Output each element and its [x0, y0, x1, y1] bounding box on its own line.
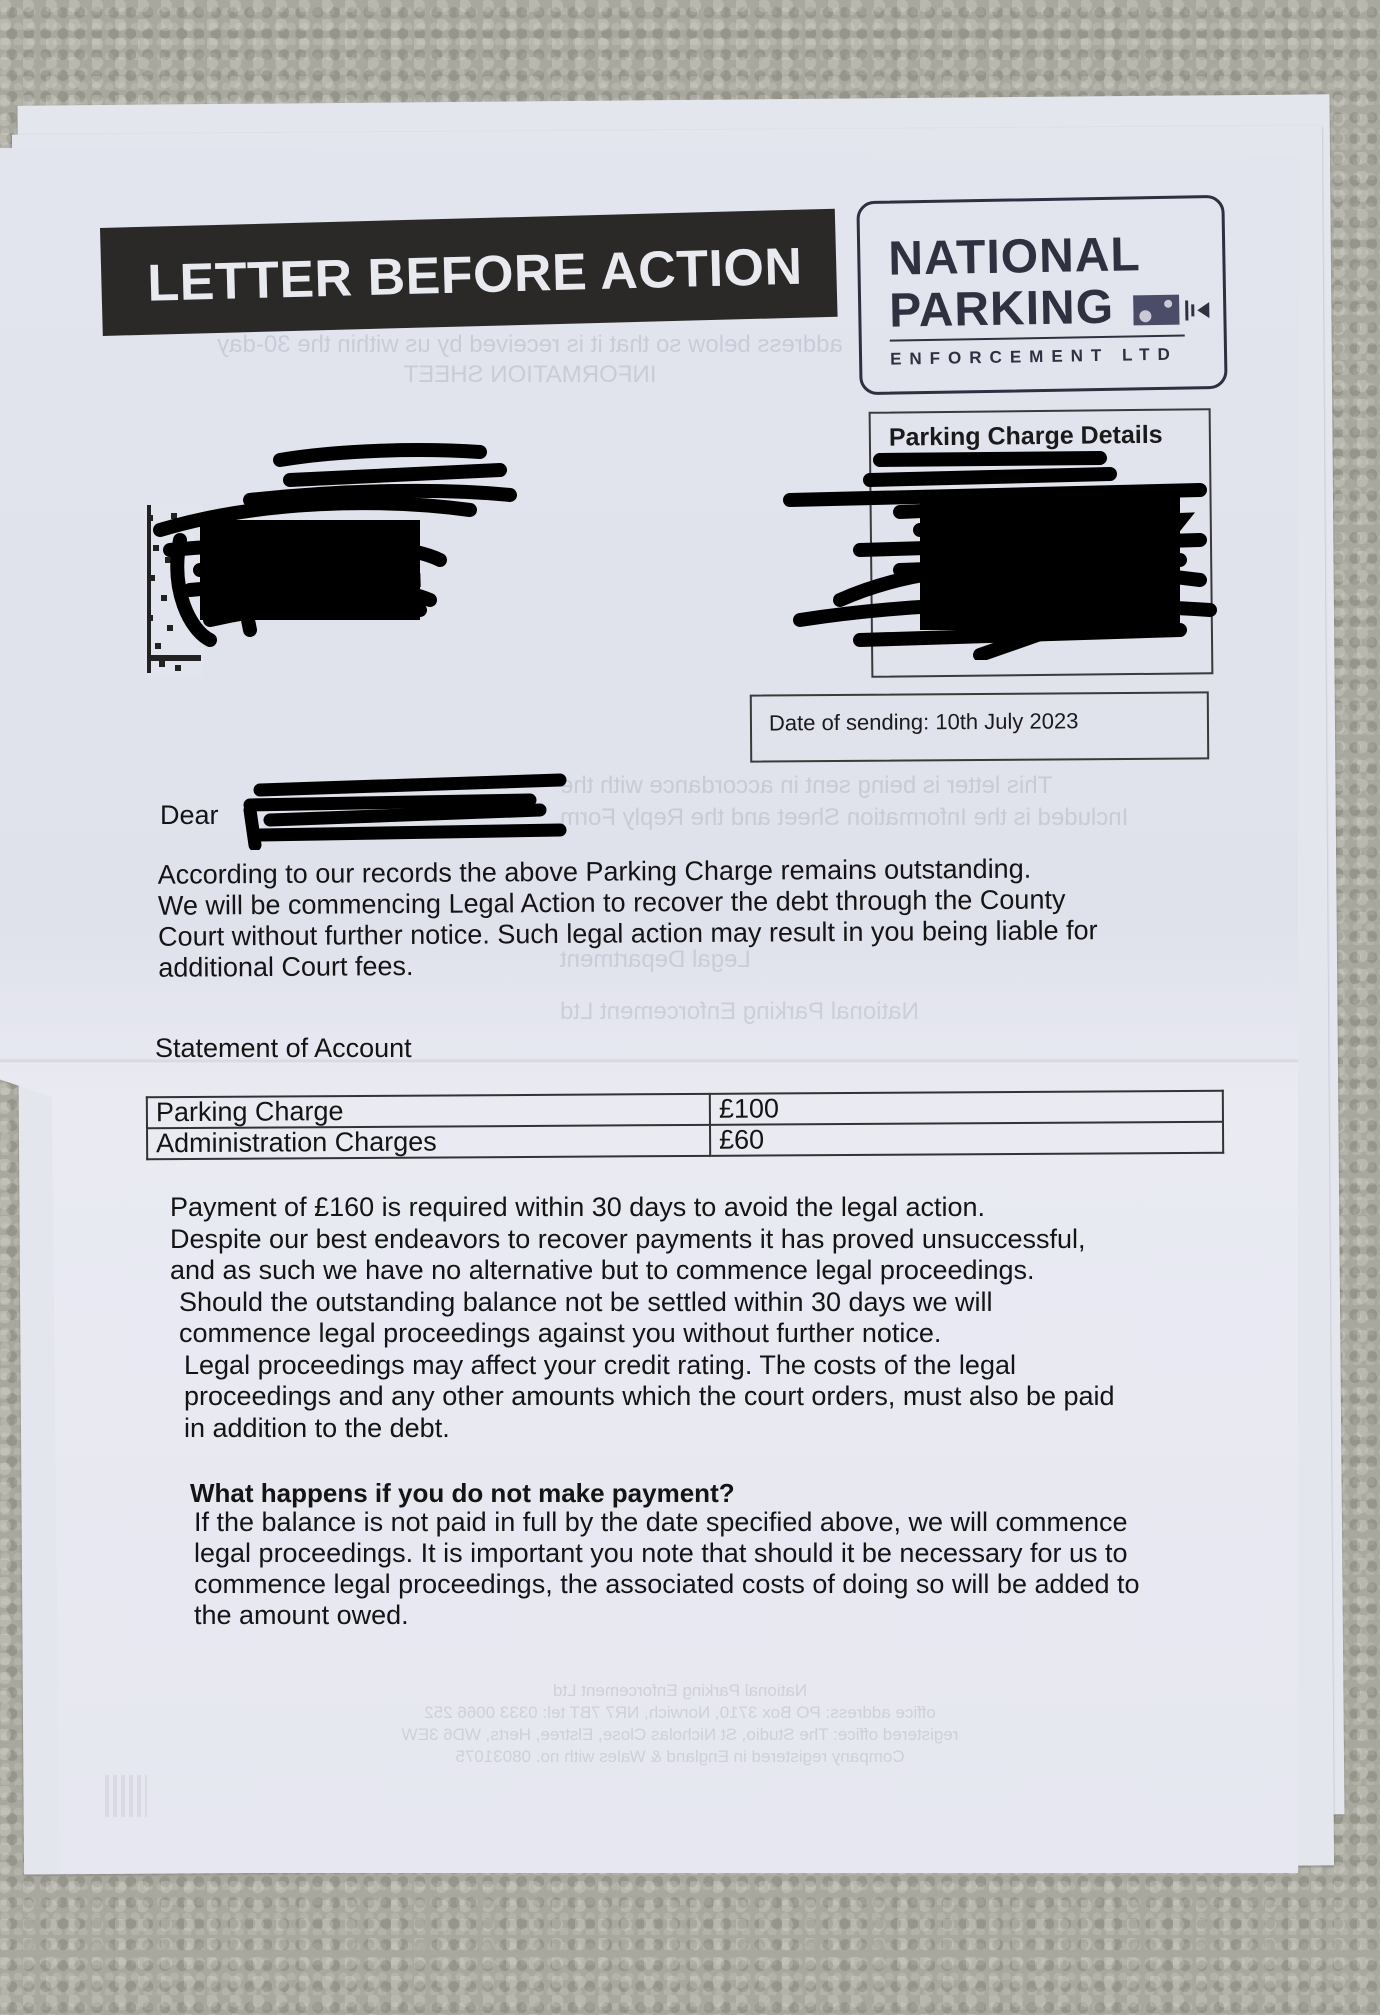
question-paragraph: If the balance is not paid in full by th…	[194, 1507, 1224, 1631]
redacted-recipient-name	[230, 770, 590, 850]
redacted-recipient-address	[140, 430, 560, 650]
details-heading: Parking Charge Details	[889, 421, 1163, 453]
statement-heading: Statement of Account	[155, 1033, 412, 1064]
showthrough-top: address below so that it is received by …	[210, 330, 850, 390]
question-heading: What happens if you do not make payment?	[190, 1478, 735, 1509]
title-text: LETTER BEFORE ACTION	[147, 237, 804, 314]
camera-icon	[1133, 288, 1214, 329]
statement-of-account-table: Parking Charge £100 Administration Charg…	[146, 1090, 1224, 1161]
company-logo: NATIONAL PARKING ENFORCEMENT LTD	[856, 195, 1227, 395]
logo-tagline: ENFORCEMENT LTD	[890, 345, 1178, 370]
date-of-sending: Date of sending: 10th July 2023	[769, 708, 1079, 736]
salutation: Dear	[160, 800, 219, 831]
statement-amount: £100	[710, 1091, 1223, 1125]
statement-item: Administration Charges	[147, 1125, 710, 1159]
intro-paragraph: According to our records the above Parki…	[158, 852, 1239, 984]
payment-paragraph: Payment of £160 is required within 30 da…	[170, 1192, 1230, 1444]
statement-amount: £60	[710, 1122, 1223, 1156]
title-banner: LETTER BEFORE ACTION	[100, 209, 838, 336]
date-of-sending-box: Date of sending: 10th July 2023	[750, 691, 1209, 762]
table-row: Administration Charges £60	[147, 1122, 1223, 1160]
showthrough-footer: National Parking Enforcement Ltd office …	[360, 1680, 1000, 1768]
logo-national: NATIONAL	[888, 227, 1141, 286]
statement-item: Parking Charge	[147, 1094, 710, 1128]
redacted-charge-details	[780, 450, 1220, 660]
logo-parking: PARKING	[889, 280, 1115, 339]
showthrough-qr-code	[105, 1775, 147, 1817]
